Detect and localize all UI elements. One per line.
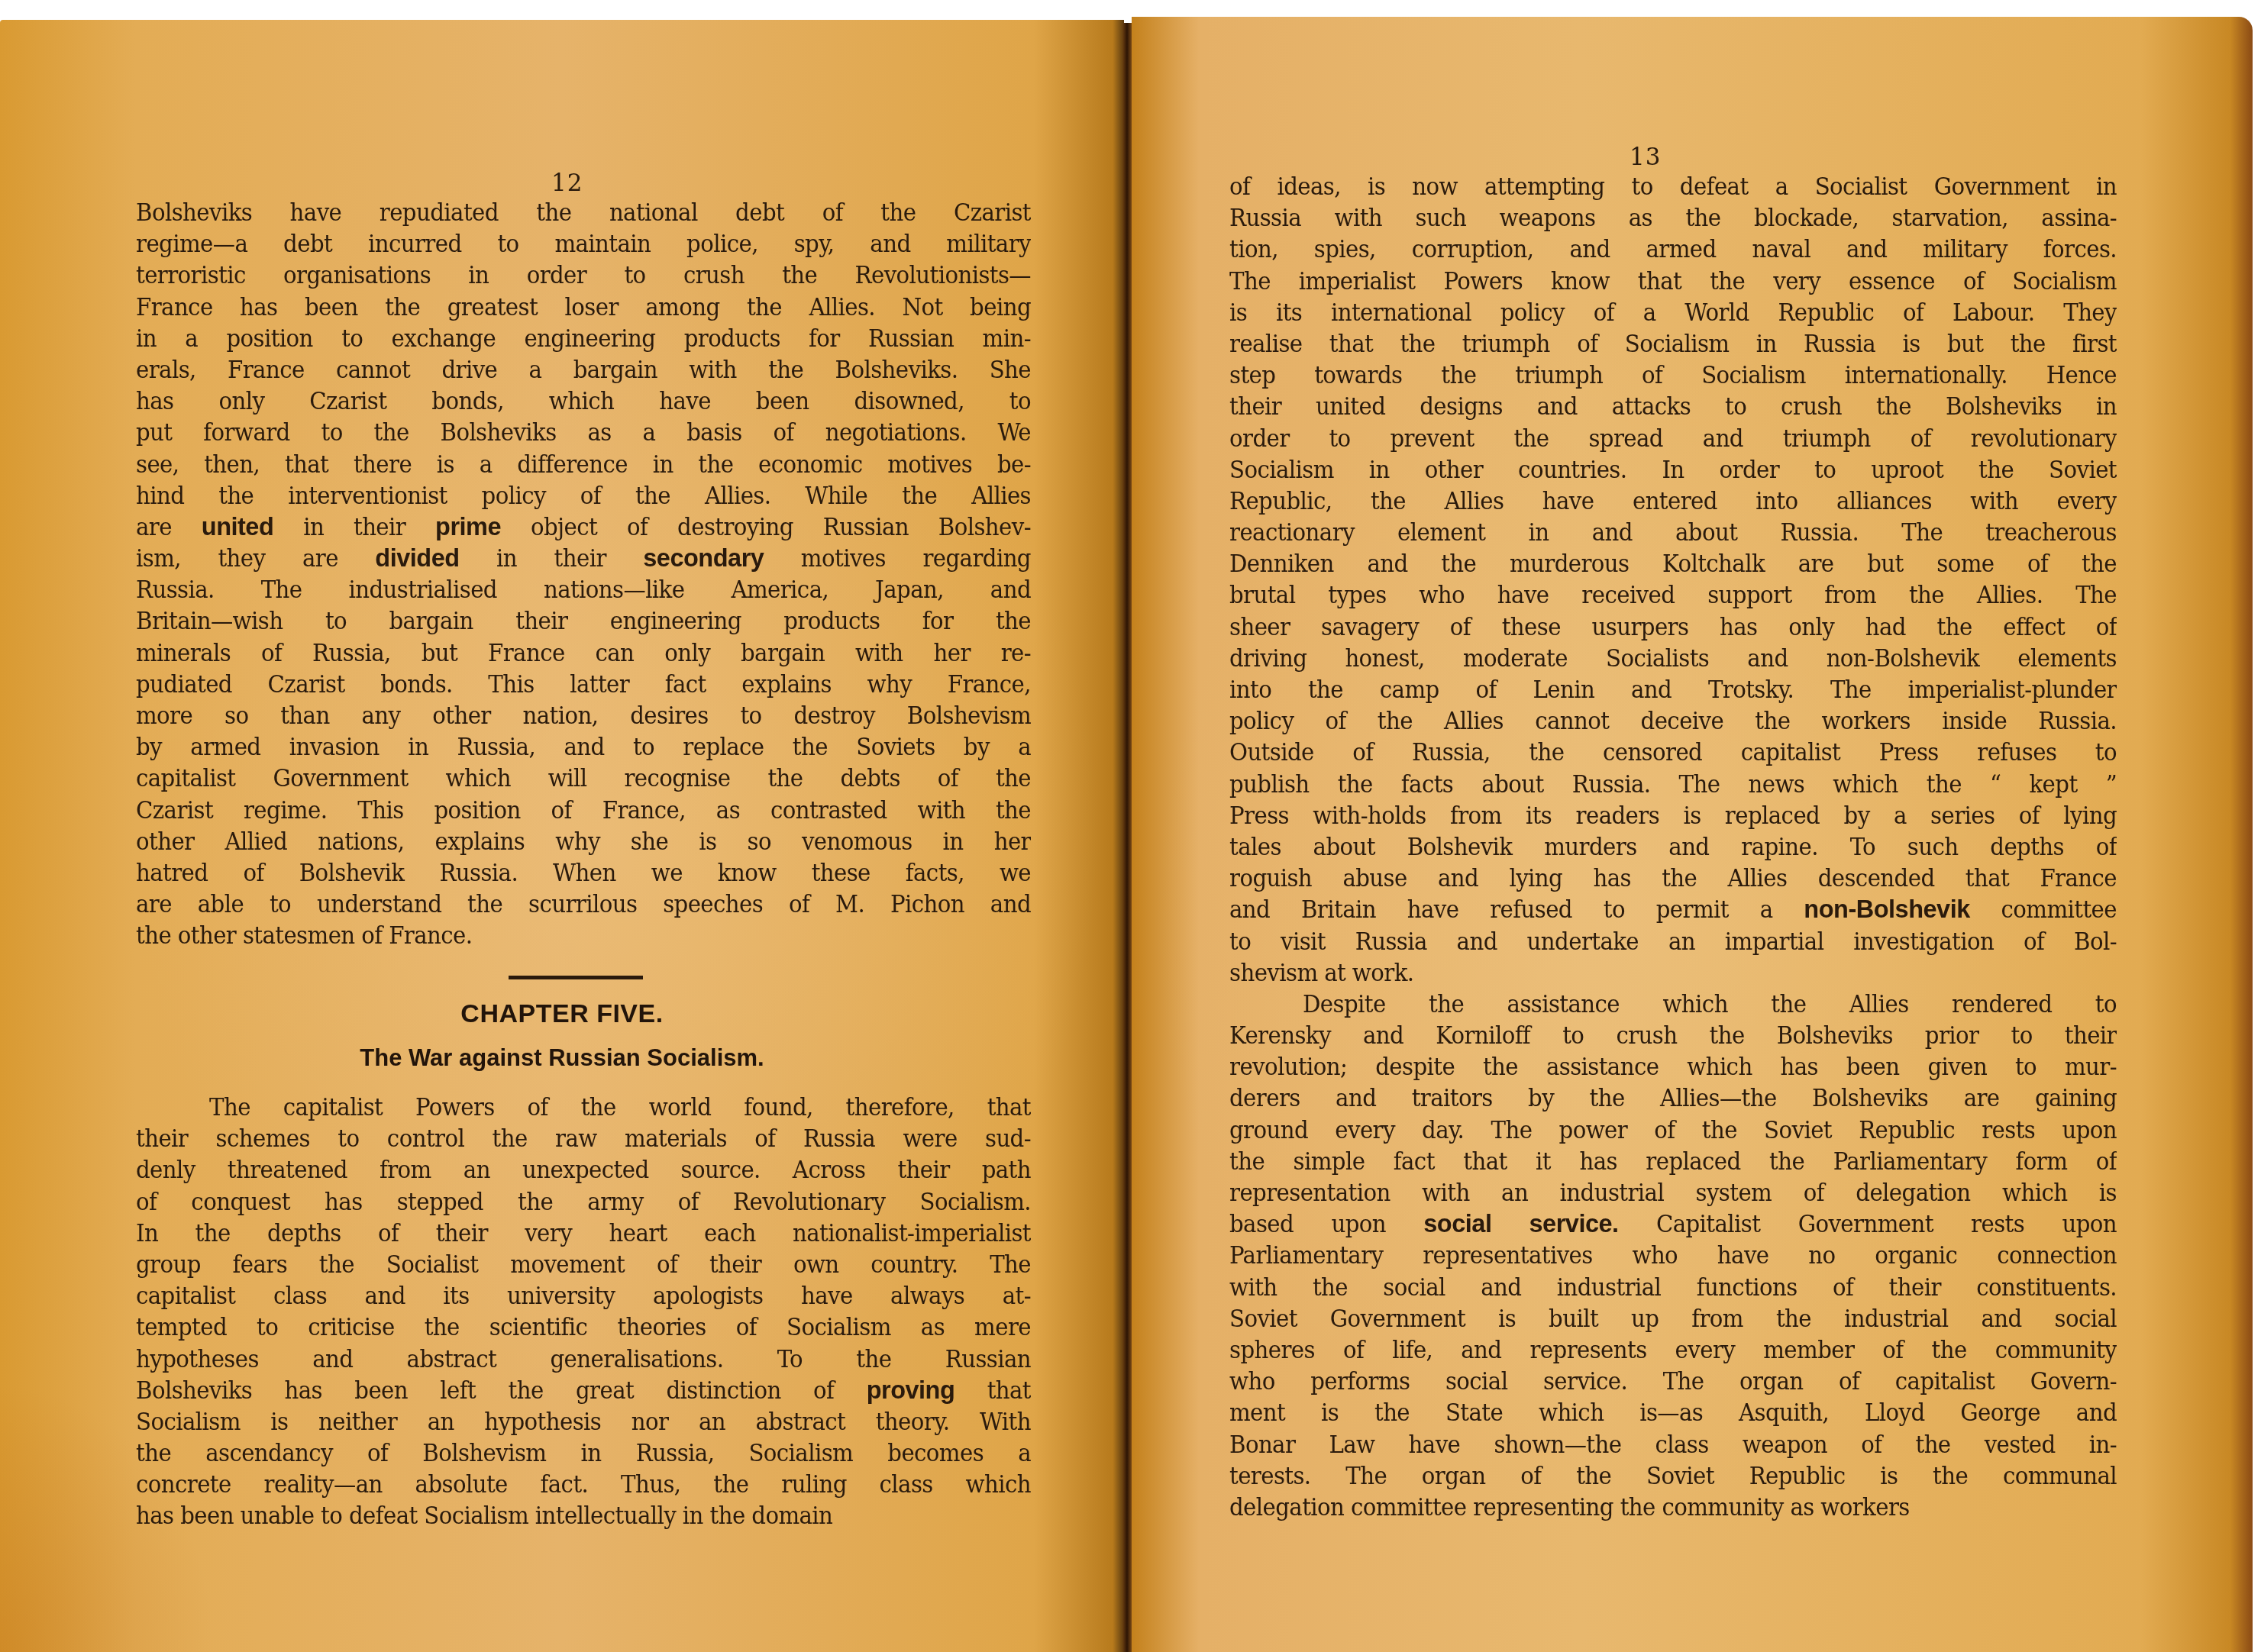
text-line: Bolsheviks have repudiated the national … [136, 197, 1031, 228]
text-line: roguish abuse and lying has the Allies d… [1229, 863, 2117, 894]
text-line: tion, spies, corruption, and armed naval… [1229, 234, 2117, 265]
text-line: Socialism in other countries. In order t… [1229, 454, 2117, 486]
text-run: and Britain have refused to permit a [1229, 895, 1804, 924]
right-page: 13 of ideas, is now attempting to defeat… [1132, 17, 2253, 1652]
text-line: in a position to exchange engineering pr… [136, 323, 1031, 354]
chapter-title: CHAPTER FIVE. [0, 999, 1124, 1029]
text-line: delegation committee representing the co… [1229, 1492, 2117, 1523]
text-line: by armed invasion in Russia, and to repl… [136, 731, 1031, 763]
text-line: Despite the assistance which the Allies … [1229, 989, 2117, 1020]
bold-emphasis: secondary [643, 544, 764, 572]
text-line: France has been the greatest loser among… [136, 292, 1031, 323]
text-line: Britain—wish to bargain their engineerin… [136, 605, 1031, 637]
text-line: derers and traitors by the Allies—the Bo… [1229, 1083, 2117, 1114]
bold-emphasis: social service. [1423, 1210, 1618, 1237]
text-line: policy of the Allies cannot deceive the … [1229, 705, 2117, 737]
text-line: regime—a debt incurred to maintain polic… [136, 228, 1031, 260]
text-line: is its international policy of a World R… [1229, 297, 2117, 328]
text-line: step towards the triumph of Socialism in… [1229, 360, 2117, 391]
page-number: 12 [551, 169, 583, 197]
text-run: based upon [1229, 1209, 1423, 1238]
text-line: Kerensky and Korniloff to crush the Bols… [1229, 1020, 2117, 1051]
text-line: Outside of Russia, the censored capitali… [1229, 737, 2117, 768]
text-line: Parliamentary representatives who have n… [1229, 1240, 2117, 1271]
text-line: the simple fact that it has replaced the… [1229, 1146, 2117, 1177]
text-line: sheer savagery of these usurpers has onl… [1229, 611, 2117, 643]
text-line: shevism at work. [1229, 957, 2117, 989]
text-line: denly threatened from an unexpected sour… [136, 1154, 1031, 1186]
text-line: Press with-holds from its readers is rep… [1229, 800, 2117, 831]
text-line: Czarist regime. This position of France,… [136, 795, 1031, 826]
text-line: Russia with such weapons as the blockade… [1229, 202, 2117, 234]
text-line: more so than any other nation, desires t… [136, 700, 1031, 731]
text-line: hind the interventionist policy of the A… [136, 480, 1031, 511]
bold-emphasis: non-Bolshevik [1804, 895, 1969, 923]
text-run: Bolsheviks has been left the great disti… [136, 1376, 867, 1405]
text-line: tempted to criticise the scientific theo… [136, 1312, 1031, 1343]
right-paragraphs: of ideas, is now attempting to defeat a … [1229, 171, 2117, 1523]
text-run: are [136, 512, 202, 541]
section-divider-rule [509, 976, 643, 979]
left-paragraph-1: Bolsheviks have repudiated the national … [136, 197, 1031, 952]
text-line: has only Czarist bonds, which have been … [136, 386, 1031, 417]
text-line: order to prevent the spread and triumph … [1229, 423, 2117, 454]
bold-emphasis: prime [435, 513, 501, 540]
text-line: revolution; despite the assistance which… [1229, 1051, 2117, 1083]
text-run: committee [1970, 895, 2117, 924]
left-paragraph-2: The capitalist Powers of the world found… [136, 1092, 1031, 1532]
text-line: into the camp of Lenin and Trotsky. The … [1229, 674, 2117, 705]
text-line: of ideas, is now attempting to defeat a … [1229, 171, 2117, 202]
text-run: Capitalist Government rests upon [1619, 1209, 2117, 1238]
text-line: tales about Bolshevik murders and rapine… [1229, 831, 2117, 863]
text-run: motives regarding [764, 544, 1031, 573]
bold-emphasis: divided [375, 544, 459, 572]
text-line: Russia. The industrialised nations—like … [136, 574, 1031, 605]
book-spread: 12 Bolsheviks have repudiated the nation… [0, 0, 2261, 1652]
text-line: realise that the triumph of Socialism in… [1229, 328, 2117, 360]
text-run: that [954, 1376, 1031, 1405]
text-line: Bonar Law have shown—the class weapon of… [1229, 1429, 2117, 1460]
text-line: capitalist Government which will recogni… [136, 763, 1031, 794]
text-line: terroristic organisations in order to cr… [136, 260, 1031, 291]
text-line: The capitalist Powers of the world found… [136, 1092, 1031, 1123]
book-gutter [1122, 23, 1132, 1652]
text-run: in their [460, 544, 644, 573]
text-line: minerals of Russia, but France can only … [136, 637, 1031, 669]
text-line: their united designs and attacks to crus… [1229, 391, 2117, 422]
text-line: The imperialist Powers know that the ver… [1229, 266, 2117, 297]
text-line: In the depths of their very heart each n… [136, 1218, 1031, 1249]
text-line: spheres of life, and represents every me… [1229, 1334, 2117, 1366]
text-line: see, then, that there is a difference in… [136, 449, 1031, 480]
text-line: has been unable to defeat Socialism inte… [136, 1500, 1031, 1531]
text-line: ment is the State which is—as Asquith, L… [1229, 1397, 2117, 1428]
text-line: publish the facts about Russia. The news… [1229, 769, 2117, 800]
right-paragraph-1: of ideas, is now attempting to defeat a … [1229, 171, 2117, 989]
text-line: terests. The organ of the Soviet Republi… [1229, 1460, 2117, 1492]
text-line: are able to understand the scurrilous sp… [136, 889, 1031, 920]
text-run: ism, they are [136, 544, 375, 573]
text-line: who performs social service. The organ o… [1229, 1366, 2117, 1397]
text-line: concrete reality—an absolute fact. Thus,… [136, 1469, 1031, 1500]
text-line: hatred of Bolshevik Russia. When we know… [136, 857, 1031, 889]
text-run: in their [273, 512, 435, 541]
chapter-subtitle: The War against Russian Socialism. [0, 1044, 1124, 1072]
text-line: group fears the Socialist movement of th… [136, 1249, 1031, 1280]
text-line: reactionary element in and about Russia.… [1229, 517, 2117, 548]
text-run: object of destroying Russian Bolshev- [501, 512, 1031, 541]
text-line: driving honest, moderate Socialists and … [1229, 643, 2117, 674]
text-line: the other statesmen of France. [136, 920, 1031, 951]
text-line: hypotheses and abstract generalisations.… [136, 1344, 1031, 1375]
left-page: 12 Bolsheviks have repudiated the nation… [0, 20, 1124, 1652]
text-line: put forward to the Bolsheviks as a basis… [136, 417, 1031, 448]
text-line: and Britain have refused to permit a non… [1229, 894, 2117, 925]
text-line: brutal types who have received support f… [1229, 579, 2117, 611]
right-paragraph-2: Despite the assistance which the Allies … [1229, 989, 2117, 1523]
text-line: capitalist class and its university apol… [136, 1280, 1031, 1312]
text-line: pudiated Czarist bonds. This latter fact… [136, 669, 1031, 700]
text-line: are united in their prime object of dest… [136, 511, 1031, 543]
text-line: ism, they are divided in their secondary… [136, 543, 1031, 574]
page-number: 13 [1630, 144, 1661, 171]
text-line: erals, France cannot drive a bargain wit… [136, 354, 1031, 386]
text-line: Republic, the Allies have entered into a… [1229, 486, 2117, 517]
text-line: other Allied nations, explains why she i… [136, 826, 1031, 857]
text-line: based upon social service. Capitalist Go… [1229, 1208, 2117, 1240]
text-line: representation with an industrial system… [1229, 1177, 2117, 1208]
text-line: with the social and industrial functions… [1229, 1272, 2117, 1303]
text-line: to visit Russia and undertake an imparti… [1229, 926, 2117, 957]
text-line: Socialism is neither an hypothesis nor a… [136, 1406, 1031, 1437]
text-line: Soviet Government is built up from the i… [1229, 1303, 2117, 1334]
text-line: of conquest has stepped the army of Revo… [136, 1186, 1031, 1218]
text-line: the ascendancy of Bolshevism in Russia, … [136, 1437, 1031, 1469]
text-line: their schemes to control the raw materia… [136, 1123, 1031, 1154]
text-line: Denniken and the murderous Koltchalk are… [1229, 548, 2117, 579]
bold-emphasis: proving [867, 1376, 955, 1404]
text-line: Bolsheviks has been left the great disti… [136, 1375, 1031, 1406]
bold-emphasis: united [202, 513, 273, 540]
text-line: ground every day. The power of the Sovie… [1229, 1115, 2117, 1146]
